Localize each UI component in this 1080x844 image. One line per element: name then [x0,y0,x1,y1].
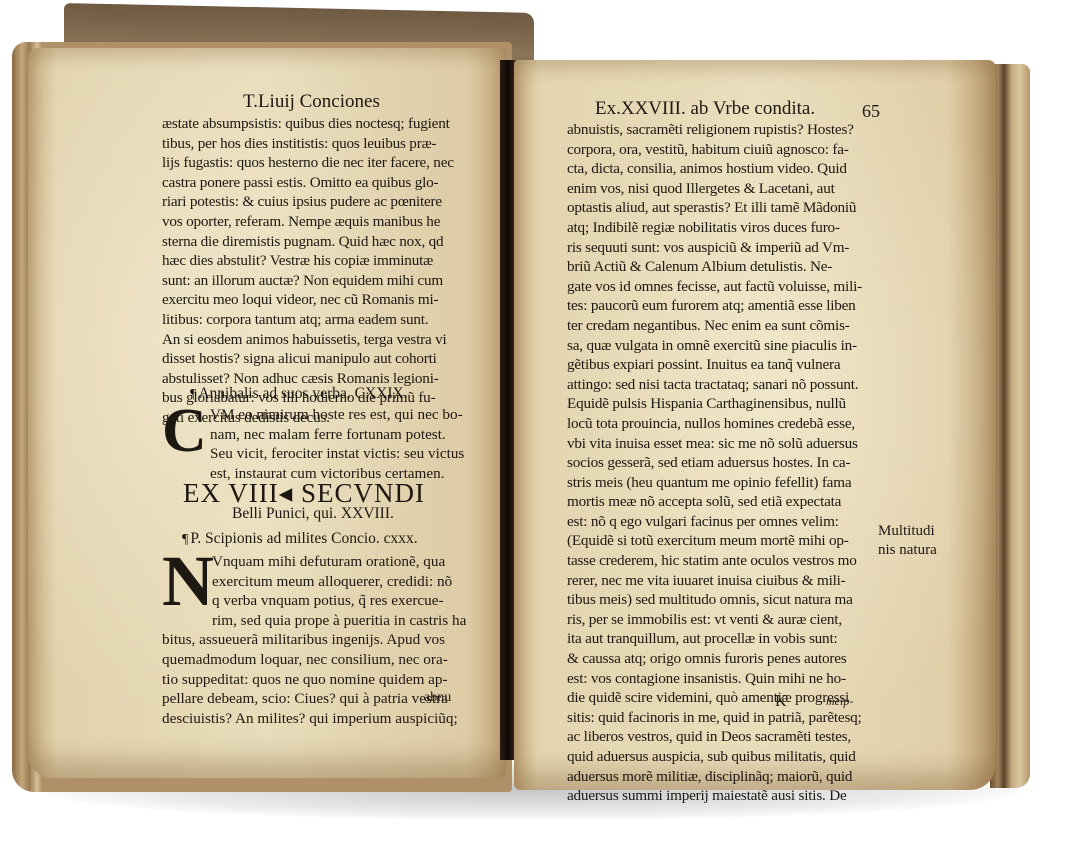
text-line: q verba vnquam potius, q̃ res exercue- [162,591,466,611]
text-line: atq; Indibilẽ regiæ nobilitatis viros du… [567,218,882,238]
text-line: tasse crederem, hic statim ante oculos v… [567,551,882,571]
text-line: ris sequuti sunt: vos auspiciũ & imperiũ… [567,238,882,258]
text-line: nam, nec malam ferre fortunam potest. [210,425,464,445]
text-line: est: nõ q ego vulgari facinus per omnes … [567,512,882,532]
text-line: gẽtibus expiari possint. Inuitus ea tanq… [567,355,882,375]
section-heading-annibal: ¶Annibalis ad suos verba. CXXIX. [190,385,408,403]
text-line: rim, sed quia prope à pueritia in castri… [162,611,466,631]
text-line: locũ tota prouincia, nullos homines cred… [567,414,882,434]
text-line: ter credam negantibus. Nec enim ea sunt … [567,316,882,336]
text-line: tibus, per hos dies institistis: quos le… [162,134,482,154]
text-line: quid aduersus auspicia, sub quibus milit… [567,747,882,767]
text-line: exercitu meo loqui videor, nec cũ Romani… [162,290,482,310]
text-line: cta, dicta, consilia, animos hostium vid… [567,159,882,179]
marginal-note: Multitudi nis natura [878,522,937,560]
marginal-line: Multitudi [878,522,937,541]
text-line: socios gesserã, sed etiam aduersus hoste… [567,453,882,473]
text-line: lijs fugastis: quos hesterno die nec ite… [162,153,482,173]
marginal-line: nis natura [878,541,937,560]
text-line: quemadmodum loquar, nec consilium, nec o… [162,650,466,670]
text-line: abnuistis, sacramẽti religionem rupistis… [567,120,882,140]
text-line: pellare debeam, scio: Ciues? qui à patri… [162,689,466,709]
text-line: æstate absumpsistis: quibus dies noctesq… [162,114,482,134]
text-line: Vnquam mihi defuturam orationẽ, qua [162,552,466,572]
text-line: gate vos id omnes fecisse, aut factũ vol… [567,277,882,297]
text-line: tibus meis) sed multitudo omnis, sicut n… [567,590,882,610]
right-page-edges [990,64,1030,788]
text-line: Equidẽ pulsis Hispania Carthaginensibus,… [567,394,882,414]
text-line: ris, per se immobilis est: vt venti & au… [567,610,882,630]
text-line: rerer, nec me vita iuuaret inuisa ciuibu… [567,571,882,591]
signature-mark: K [775,693,787,711]
text-line: Seu vicit, ferociter instat victis: seu … [210,444,464,464]
text-line: VM eo nimirum hoste res est, qui nec bo- [210,405,464,425]
text-line: aduersus morẽ militiæ, disciplinãq; maio… [567,767,882,787]
right-running-head: Ex.XXVIII. ab Vrbe condita. [595,98,815,120]
section-heading-scipio: ¶P. Scipionis ad milites Concio. cxxx. [182,530,418,548]
text-line: An si eosdem animos habuissetis, terga v… [162,330,482,350]
text-line: sitis: quid facinoris in me, quid in pat… [567,708,882,728]
text-line: ac liberos vestros, quid in Deos sacramẽ… [567,727,882,747]
text-line: tio suppeditat: quos ne quo nomine quide… [162,670,466,690]
text-line: corpora, ora, vestitũ, habitum ciuiũ agn… [567,140,882,160]
text-line: tes: paucorũ eum furorem atq; amentiã es… [567,296,882,316]
left-page-text: æstate absumpsistis: quibus dies noctesq… [162,114,482,428]
text-line: ita aut tranquillum, aut procellæ in vob… [567,629,882,649]
text-line: (Equidẽ si totũ exercitum meum mortẽ mih… [567,531,882,551]
text-line: stris meis (heu quantum me opinio fefell… [567,473,882,493]
text-line: hæc dies abstulit? Vestræ his copiæ immi… [162,251,482,271]
text-line: sa, quæ vulgata in omnẽ exercitũ sine pi… [567,336,882,356]
left-running-head: T.Liuij Conciones [243,91,380,113]
drop-cap-c: C [162,400,207,462]
text-line: disset hostis? signa alicui manipulo aut… [162,349,482,369]
text-line: & caussa atq; origo omnis furoris penes … [567,649,882,669]
text-line: desciuistis? An milites? qui imperium au… [162,709,466,729]
text-line: enim vos, nisi quod Illergetes & Lacetan… [567,179,882,199]
scipio-speech-text: Vnquam mihi defuturam orationẽ, qua exer… [162,552,466,728]
text-line: bitus, assueuerã militaribus ingenijs. A… [162,630,466,650]
text-line: vbi vita inuisa esset mea: sic me nõ sol… [567,434,882,454]
right-catchword: meip- [826,694,853,709]
book-subtitle: Belli Punici, qui. XXVIII. [232,505,394,523]
text-line: aduersus summi imperij maiestatẽ ausi si… [567,786,882,806]
text-line: briũ Actiũ & Calenum Albium detulistis. … [567,257,882,277]
text-line: litibus: corpora tantum atq; arma eadem … [162,310,482,330]
text-line: sterna die diremistis pugnam. Quid hæc n… [162,232,482,252]
text-line: exercitum meum alloquerer, credidi: nõ [162,572,466,592]
text-line: optastis aliud, aut sperastis? Et illi t… [567,198,882,218]
text-line: castra ponere passi estis. Omitto ea qui… [162,173,482,193]
annibal-speech-text: VM eo nimirum hoste res est, qui nec bo-… [210,405,464,483]
page-number: 65 [862,101,880,122]
text-line: mortis meæ nõ accepta solũ, sed etiã exp… [567,492,882,512]
text-line: riari potestis: & cuius ipsius pudere ac… [162,192,482,212]
text-line: sunt: an illorum auctæ? Non equidem mihi… [162,271,482,291]
text-line: attingo: sed nisi tacta tractataq; sanar… [567,375,882,395]
text-line: est: vos contagione insanistis. Quin mih… [567,669,882,689]
left-catchword: abnu [424,690,451,706]
text-line: vos oporter, referam. Nempe æquis manibu… [162,212,482,232]
